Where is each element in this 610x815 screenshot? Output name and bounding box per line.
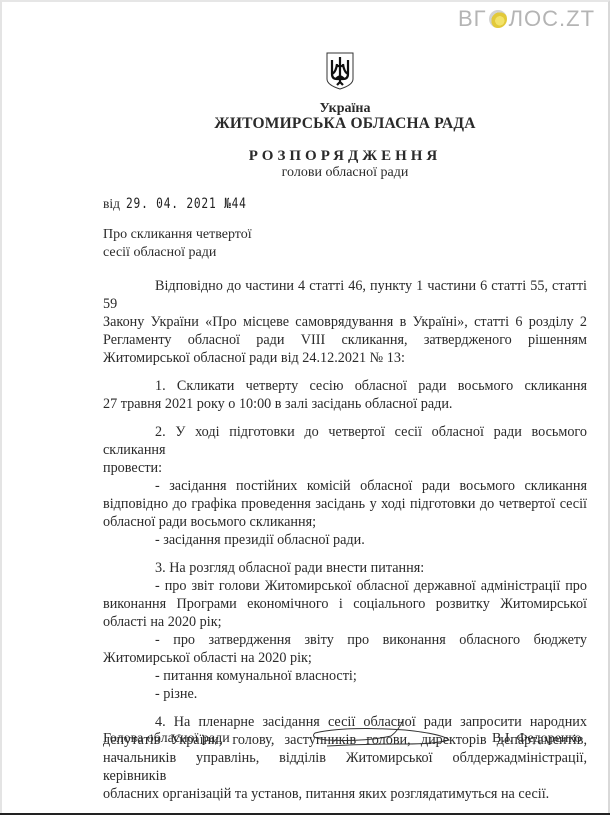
trident-coat-of-arms-icon [326,52,354,90]
subject-line: Про скликання четвертої [103,226,252,244]
preamble-line: Відповідно до частини 4 статті 46, пункт… [103,277,587,313]
sub-item-line: - різне. [103,685,587,703]
number-value: 44 [232,196,247,212]
council-name: ЖИТОМИРСЬКА ОБЛАСНА РАДА [0,115,610,133]
sub-item-line: - засідання президії обласної ради. [103,531,587,549]
sub-item-line: відповідно до графіка проведення засідан… [103,495,587,513]
sub-item-line: обласної ради восьмого скликання; [103,513,587,531]
preamble-line: Житомирської обласної ради від 24.12.202… [103,349,587,367]
sound-wave-logo-icon [489,10,507,28]
item-line: 2. У ході підготовки до четвертої сесії … [103,423,587,459]
signatory-name: В.І. Федоренко [492,731,582,747]
item-line: обласних організацій та установ, питання… [103,785,587,803]
item-1: 1. Скликати четверту сесію обласної ради… [103,377,587,413]
sub-item-line: - засідання постійних комісій обласної р… [103,477,587,495]
document-subject: Про скликання четвертої сесії обласної р… [103,226,252,262]
preamble-line: Регламенту обласної ради VIII скликання,… [103,331,587,349]
sub-item-line: виконання Програми економічного і соціал… [103,595,587,613]
item-line: 3. На розгляд обласної ради внести питан… [103,559,587,577]
item-line: 1. Скликати четверту сесію обласної ради… [103,377,587,395]
signatory-position: Голова обласної ради [103,731,230,747]
item-line: начальників управлінь, відділів Житомирс… [103,749,587,785]
item-line: провести: [103,459,587,477]
document-type: РОЗПОРЯДЖЕННЯ [0,148,610,165]
item-line: 27 травня 2021 року о 10:00 в залі засід… [103,395,587,413]
date-line: від 29. 04. 2021 №44 [103,196,277,212]
watermark-text-left: ВГ [458,6,487,32]
preamble-line: Закону України «Про місцеве самоврядуван… [103,313,587,331]
sub-item-line: - питання комунальної власності; [103,667,587,685]
item-3: 3. На розгляд обласної ради внести питан… [103,559,587,703]
number-label: № [224,196,232,212]
sub-item-line: області на 2020 рік; [103,613,587,631]
date-stamp: 29. 04. 2021 №44 [126,196,247,212]
item-2: 2. У ході підготовки до четвертої сесії … [103,423,587,549]
handwritten-signature [305,718,455,750]
document-subtitle: голови обласної ради [0,165,610,181]
sub-item-line: Житомирської області на 2020 рік; [103,649,587,667]
watermark-text-right: ЛОС.ZT [509,6,595,32]
subject-line: сесії обласної ради [103,244,252,262]
date-prefix: від [103,196,120,212]
sub-item-line: - про звіт голови Житомирської обласної … [103,577,587,595]
preamble: Відповідно до частини 4 статті 46, пункт… [103,277,587,367]
sub-item-line: - про затвердження звіту про виконання о… [103,631,587,649]
date-value: 29. 04. 2021 [126,196,217,212]
site-watermark: ВГ ЛОС.ZT [458,7,595,31]
